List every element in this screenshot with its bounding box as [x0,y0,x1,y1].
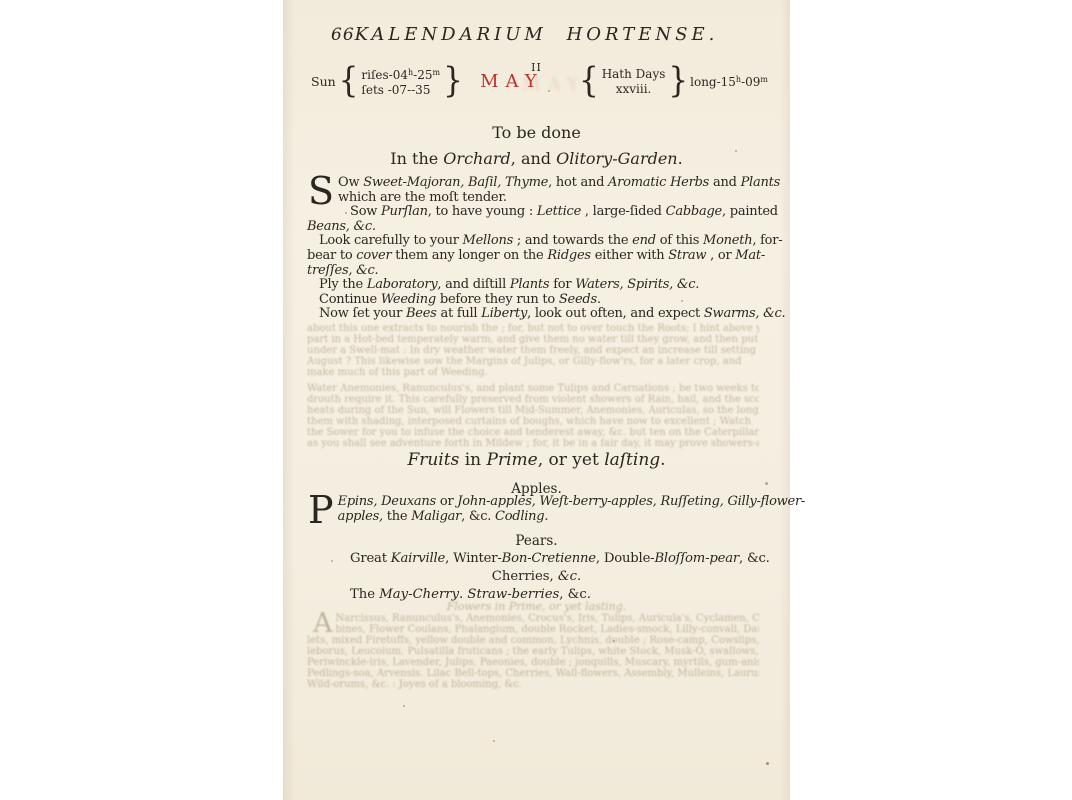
paragraph-sow-purslan: Sow Purſlan, to have young : Lettice , l… [307,205,762,234]
paper-speck [403,705,405,707]
show-through-block-2: A Narcissus, Ranunculus's, Anemonies, Cr… [307,613,759,690]
ghost-line: Water Anemonies, Ranunculus's, and plant… [307,383,759,394]
paper-speck [613,640,615,642]
sun-label: Sun [311,74,336,89]
text-line: Look carefully to your Mellons ; and tow… [307,234,762,249]
paper-speck [766,762,769,765]
paper-speck [331,560,333,562]
sun-rises-value: riſes-04h-25m [361,67,440,81]
paragraph-lines: Continue Weeding before they run to Seed… [307,293,762,308]
ghost-line: make much of this part of Weeding. [307,367,759,378]
ghost-line: as you shall see adventure forth in Mild… [307,438,759,449]
paper-speck [735,150,737,152]
show-through-heading: Flowers in Prime, or yet lasting. [283,600,790,613]
paragraph-lines: Epins, Deuxans or John-apples, Weſt-berr… [307,495,762,524]
show-through-paragraph: about this one extracts to nourish the ;… [307,323,759,378]
paragraph-weeding: Continue Weeding before they run to Seed… [307,293,762,308]
close-brace-glyph: } [443,64,463,99]
show-through-paragraph: Narcissus, Ranunculus's, Anemonies, Croc… [307,613,759,690]
paper-speck [493,740,495,742]
paragraph-mellons: Look carefully to your Mellons ; and tow… [307,234,762,278]
hath-days-label: Hath Days [602,68,666,80]
month-title-block: MAY MAY [480,71,544,92]
orchard-subheading: In the Orchard, and Olitory-Garden. [283,149,790,168]
apples-paragraph: P Epins, Deuxans or John-apples, Weſt-be… [307,495,762,525]
hath-days-values: Hath Days xxviii. [600,68,668,95]
ghost-line: them with shading, interposed curtains o… [307,416,759,427]
ghost-line: August ? This likewise sow the Margins o… [307,356,759,367]
show-through-block-1: about this one extracts to nourish the ;… [307,323,759,449]
paper-speck [765,482,768,485]
ghost-line: bines, Flower Coulans, Phalangium, doubl… [336,624,760,635]
paragraph-pepins: P Epins, Deuxans or John-apples, Weſt-be… [307,495,762,524]
ghost-line: Periwinckle-iris, Lavender, Julips, Paeo… [307,657,759,668]
drop-cap: P [308,496,334,525]
text-line: Epins, Deuxans or John-apples, Weſt-berr… [307,495,762,510]
ghost-line: lets, mixed Firetuffs, yellow double and… [307,635,759,646]
paragraph-laboratory: Ply the Laboratory, and diſtill Plants f… [307,278,762,293]
ghost-line: part in a Hot-bed temperately warm, and … [307,334,759,345]
text-line: Sow Purſlan, to have young : Lettice , l… [307,205,762,220]
text-line: Beans, &c. [307,220,762,235]
text-line: Ow Sweet-Majoran, Baſil, Thyme, hot and … [307,176,762,191]
text-line: Continue Weeding before they run to Seed… [307,293,762,308]
paragraph-lines: Sow Purſlan, to have young : Lettice , l… [307,205,762,234]
sun-sets-value: ſets -07--35 [361,84,440,96]
almanac-row: Sun { riſes-04h-25m ſets -07--35 } MAY M… [311,66,768,97]
page-header: 66 KALENDARIUM HORTENSE. [283,24,790,45]
ghost-line: leborus, Leucoium. Pulsatilla fruticans … [307,646,759,657]
sun-times-block: Sun { riſes-04h-25m ſets -07--35 } [311,66,463,97]
show-through-paragraph: Water Anemonies, Ranunculus's, and plant… [307,383,759,449]
paper-speck [548,90,550,92]
pears-heading: Pears. [283,533,790,549]
month-title: MAY [480,71,544,92]
paragraph-bees: Now ſet your Bees at full Liberty, look … [307,307,762,322]
day-length-value: long-15h-09m [690,75,768,89]
ghost-line: under a Swell-mat : In dry weather water… [307,345,759,356]
close-brace-glyph: } [668,64,688,99]
ghost-line: the Sower for you to infuse the choice a… [307,427,759,438]
paragraph-lines: Look carefully to your Mellons ; and tow… [307,234,762,278]
ghost-line: Pedlings-soa, Arvensis. Lilac Bell-tops,… [307,668,759,679]
text-line: Now ſet your Bees at full Liberty, look … [307,307,762,322]
ghost-line: Wild-orums, &c. : Joyes of a blooming, &… [307,679,759,690]
text-line: bear to cover them any longer on the Rid… [307,249,762,264]
text-line: apples, the Maligar, &c. Codling. [307,510,762,525]
ghost-line: heats during of the Sun, will Flowers ti… [307,405,759,416]
day-length-block: { Hath Days xxviii. } long-15h-09m [579,66,768,97]
paragraph-lines: Now ſet your Bees at full Liberty, look … [307,307,762,322]
fruits-in-prime-heading: Fruits in Prime, or yet laſting. [283,450,790,470]
sun-times-values: riſes-04h-25m ſets -07--35 [359,67,442,96]
ghost-line: Narcissus, Ranunculus's, Anemonies, Croc… [336,613,760,624]
text-line: Ply the Laboratory, and diſtill Plants f… [307,278,762,293]
drop-cap: S [308,177,334,206]
orchard-text-column: S Ow Sweet-Majoran, Baſil, Thyme, hot an… [307,176,762,322]
book-page: 66 KALENDARIUM HORTENSE. II Sun { riſes-… [283,0,790,800]
ghost-line: about this one extracts to nourish the ;… [307,323,759,334]
ghost-line: drouth require it. This carefully preser… [307,394,759,405]
paragraph-lines: Ow Sweet-Majoran, Baſil, Thyme, hot and … [307,176,762,205]
open-brace-glyph: { [339,64,359,99]
running-title: KALENDARIUM HORTENSE. [355,24,719,45]
paragraph-sow-herbs: S Ow Sweet-Majoran, Baſil, Thyme, hot an… [307,176,762,205]
paper-speck [345,212,347,214]
todo-heading: To be done [283,123,790,142]
show-through-drop-cap: A [313,613,333,635]
page-number: 66 [331,25,355,45]
scanned-book-photo: { "colors": { "paper": "#f4eee1", "ink":… [0,0,1072,800]
paper-speck [681,300,683,302]
hath-days-value: xxviii. [602,83,666,95]
open-brace-glyph: { [579,64,599,99]
text-line: treſſes, &c. [307,264,762,279]
pears-varieties-line: Great Kairville, Winter-Bon-Cretienne, D… [350,551,770,566]
paragraph-lines: Ply the Laboratory, and diſtill Plants f… [307,278,762,293]
text-line: which are the moſt tender. [307,191,762,206]
cherries-heading: Cherries, &c. [283,569,790,584]
